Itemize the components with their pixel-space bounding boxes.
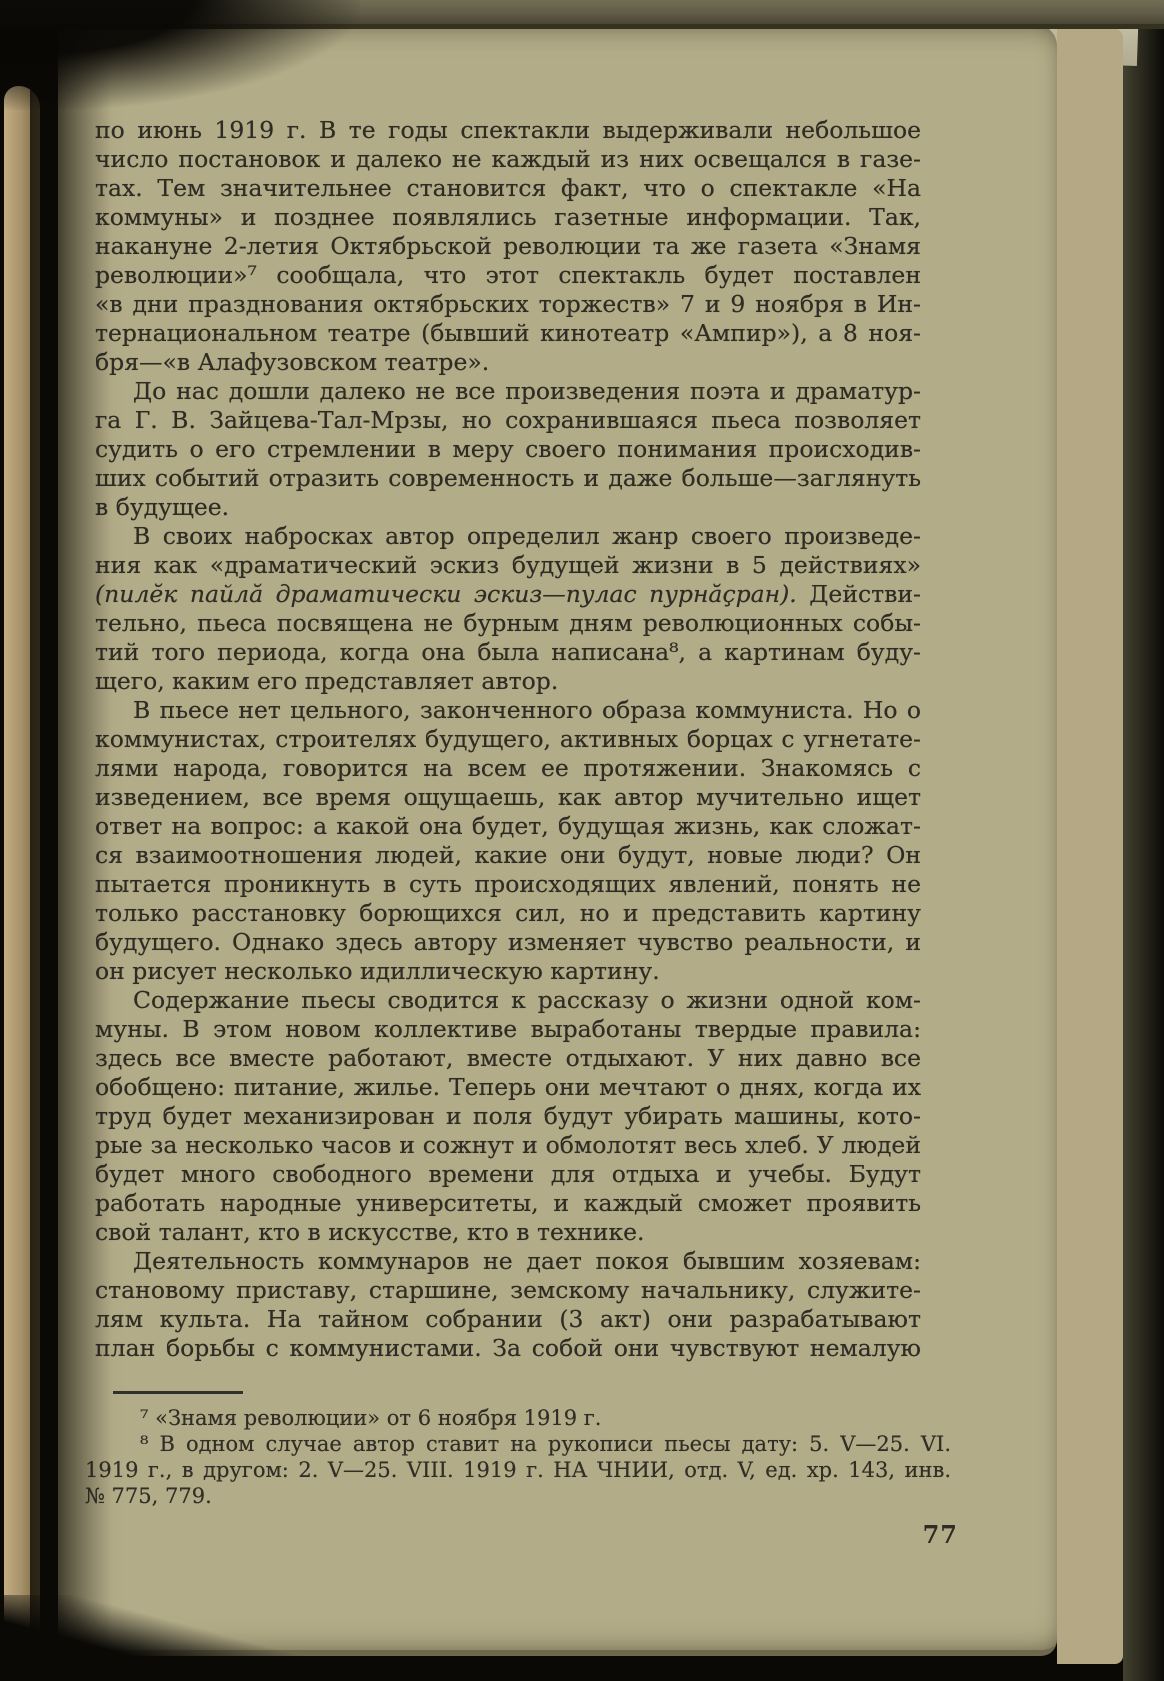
text-line: В своих набросках автор определил жанр с…: [95, 522, 921, 551]
paragraph-3: В своих набросках автор определил жанр с…: [95, 522, 921, 696]
text-line: ших событий отразить современность и даж…: [95, 464, 921, 493]
text-line: план борьбы с коммунистами. За собой они…: [95, 1334, 921, 1363]
gutter-shadow: [30, 24, 112, 1650]
bottom-left-cover-wedge: [0, 1595, 320, 1681]
page-number: 77: [923, 1520, 958, 1549]
text-line: ся взаимоотношения людей, какие они буду…: [95, 841, 921, 870]
text-line: накануне 2-летия Октябрьской революции т…: [95, 232, 921, 261]
footnotes: ⁷ «Знамя революции» от 6 ноября 1919 г. …: [85, 1405, 951, 1509]
text-line: щего, каким его представляет автор.: [95, 667, 921, 696]
text-line: Содержание пьесы сводится к рассказу о ж…: [95, 986, 921, 1015]
text-line: становому приставу, старшине, земскому н…: [95, 1276, 921, 1305]
paragraph-2: До нас дошли далеко не все произведения …: [95, 377, 921, 522]
text-line: будущего. Однако здесь автору изменяет ч…: [95, 928, 921, 957]
text-line: га Г. В. Зайцева-Тал-Мрзы, но сохранивша…: [95, 406, 921, 435]
top-left-shadow: [0, 0, 360, 110]
text-line: тий того периода, когда она была написан…: [95, 638, 921, 667]
text-line: революции»⁷ сообщала, что этот спектакль…: [95, 261, 921, 290]
text-line: № 775, 779.: [85, 1483, 951, 1509]
fore-edge-page-stack: [1057, 28, 1123, 1664]
text-line: изведением, все время ощущаешь, как авто…: [95, 783, 921, 812]
text-line: обобщено: питание, жилье. Теперь они меч…: [95, 1073, 921, 1102]
body-text: по июнь 1919 г. В те годы спектакли выде…: [95, 116, 921, 1363]
text-line: В пьесе нет цельного, законченного образ…: [95, 696, 921, 725]
footnote-8: ⁸ В одном случае автор ставит на рукопис…: [85, 1431, 951, 1509]
text-line: работать народные университеты, и каждый…: [95, 1189, 921, 1218]
text-line: лями народа, говорится на всем ее протяж…: [95, 754, 921, 783]
text-line: бря—«в Алафузовском театре».: [95, 348, 921, 377]
text-line: ⁸ В одном случае автор ставит на рукопис…: [85, 1431, 951, 1457]
text-line: он рисует несколько идиллическую картину…: [95, 957, 921, 986]
text-line: труд будет механизирован и поля будут уб…: [95, 1102, 921, 1131]
text-line: судить о его стремлении в меру своего по…: [95, 435, 921, 464]
text-line: ния как «драматический эскиз будущей жиз…: [95, 551, 921, 580]
text-line: тельно, пьеса посвящена не бурным дням р…: [95, 609, 921, 638]
paragraph-5: Содержание пьесы сводится к рассказу о ж…: [95, 986, 921, 1247]
book-page: по июнь 1919 г. В те годы спектакли выде…: [58, 24, 1057, 1656]
text-line: здесь все вместе работают, вместе отдыха…: [95, 1044, 921, 1073]
text-line: 1919 г., в другом: 2. V—25. VIII. 1919 г…: [85, 1457, 951, 1483]
text-line: тах. Тем значительнее становится факт, ч…: [95, 174, 921, 203]
text-line: число постановок и далеко не каждый из н…: [95, 145, 921, 174]
text-line: коммунистах, строителях будущего, активн…: [95, 725, 921, 754]
text-line: «в дни празднования октябрьских торжеств…: [95, 290, 921, 319]
text-line: рые за несколько часов и сожнут и обмоло…: [95, 1131, 921, 1160]
text-line: пытается проникнуть в суть происходящих …: [95, 870, 921, 899]
text-line: лям культа. На тайном собрании (3 акт) о…: [95, 1305, 921, 1334]
text-line: До нас дошли далеко не все произведения …: [95, 377, 921, 406]
text-line: по июнь 1919 г. В те годы спектакли выде…: [95, 116, 921, 145]
paragraph-1: по июнь 1919 г. В те годы спектакли выде…: [95, 116, 921, 377]
text-line: будет много свободного времени для отдых…: [95, 1160, 921, 1189]
text-line: свой талант, кто в искусстве, кто в техн…: [95, 1218, 921, 1247]
text-line: тернациональном театре (бывший кинотеатр…: [95, 319, 921, 348]
book-cover-right-edge: [1123, 0, 1164, 1681]
text-line: муны. В этом новом коллективе выработаны…: [95, 1015, 921, 1044]
text-line: в будущее.: [95, 493, 921, 522]
footnote-separator: [113, 1391, 243, 1394]
paragraph-6: Деятельность коммунаров не дает покоя бы…: [95, 1247, 921, 1363]
text-line: (пилĕк пайлă драматически эскиз—пулас пу…: [95, 580, 921, 609]
paragraph-4: В пьесе нет цельного, законченного образ…: [95, 696, 921, 986]
text-line: только расстановку борющихся сил, но и п…: [95, 899, 921, 928]
text-line: ⁷ «Знамя революции» от 6 ноября 1919 г.: [85, 1405, 951, 1431]
text-line: коммуны» и позднее появлялись газетные и…: [95, 203, 921, 232]
text-line: Деятельность коммунаров не дает покоя бы…: [95, 1247, 921, 1276]
footnote-7: ⁷ «Знамя революции» от 6 ноября 1919 г.: [85, 1405, 951, 1431]
text-line: ответ на вопрос: а какой она будет, буду…: [95, 812, 921, 841]
